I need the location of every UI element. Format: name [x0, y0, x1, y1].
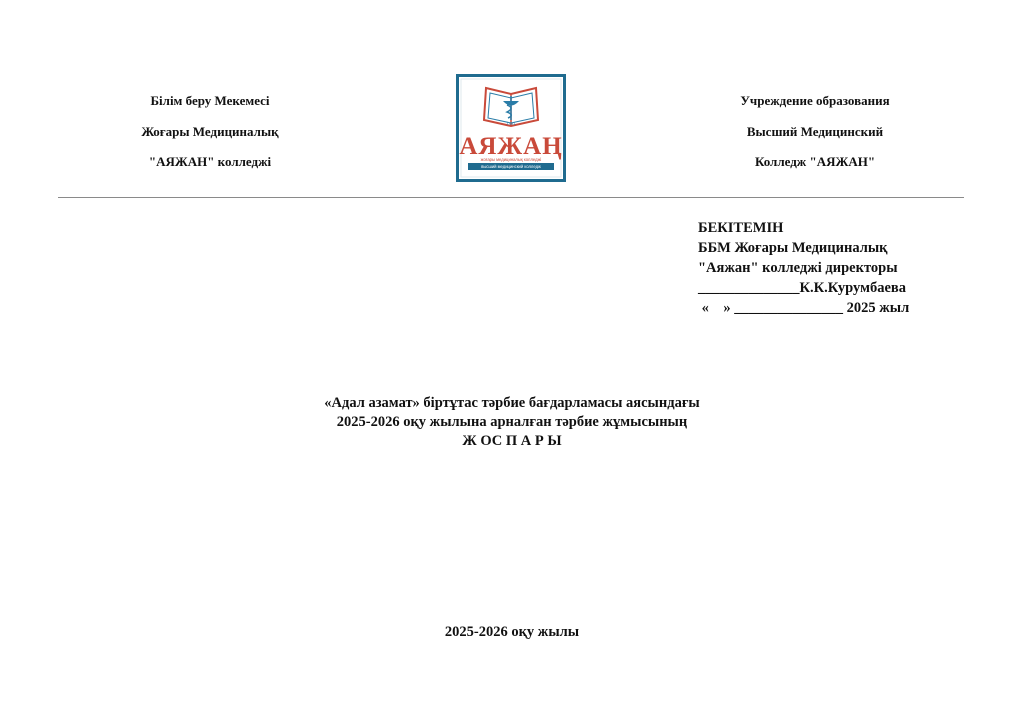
header-right-line3: Колледж "АЯЖАН"	[700, 147, 930, 178]
approval-block: БЕКІТЕМІН ББМ Жоғары Медициналық "Аяжан"…	[698, 218, 909, 318]
title-line1: «Адал азамат» біртұтас тәрбие бағдарлама…	[262, 394, 762, 413]
date-year: 2025 жыл	[843, 300, 909, 316]
signer-name: К.К.Курумбаева	[800, 280, 907, 296]
svg-text:жоғары медициналық колледжі: жоғары медициналық колледжі	[481, 157, 542, 162]
academic-year: 2025-2026 оқу жылы	[362, 624, 662, 641]
header-left-kz: Білім беру Мекемесі Жоғары Медициналық "…	[100, 86, 320, 178]
header-divider	[58, 197, 964, 198]
title-line2: 2025-2026 оқу жылына арналған тәрбие жұм…	[262, 413, 762, 432]
approval-heading: БЕКІТЕМІН	[698, 218, 909, 238]
header-right-line1: Учреждение образования	[700, 86, 930, 117]
header-right-ru: Учреждение образования Высший Медицински…	[700, 86, 930, 178]
college-logo-icon: 1991 АЯЖАҢ жоғары медициналық колледжі в…	[456, 74, 566, 182]
signature-blank: ______________	[698, 280, 800, 296]
svg-text:высший медицинский колледж: высший медицинский колледж	[481, 164, 541, 169]
approval-date-line: « » _______________ 2025 жыл	[698, 298, 909, 318]
approval-signature-line: ______________К.К.Курумбаева	[698, 278, 909, 298]
date-quotes: « »	[698, 300, 734, 316]
svg-text:АЯЖАҢ: АЯЖАҢ	[459, 133, 562, 160]
header-left-line2: Жоғары Медициналық	[100, 117, 320, 148]
document-title: «Адал азамат» біртұтас тәрбие бағдарлама…	[262, 394, 762, 451]
title-line3: Ж ОС П А Р Ы	[262, 432, 762, 451]
header-left-line1: Білім беру Мекемесі	[100, 86, 320, 117]
approval-position: "Аяжан" колледжі директоры	[698, 258, 909, 278]
svg-text:1991: 1991	[507, 121, 517, 126]
header-right-line2: Высший Медицинский	[700, 117, 930, 148]
date-blank: _______________	[734, 300, 843, 316]
approval-org: ББМ Жоғары Медициналық	[698, 238, 909, 258]
header-left-line3: "АЯЖАН" колледжі	[100, 147, 320, 178]
